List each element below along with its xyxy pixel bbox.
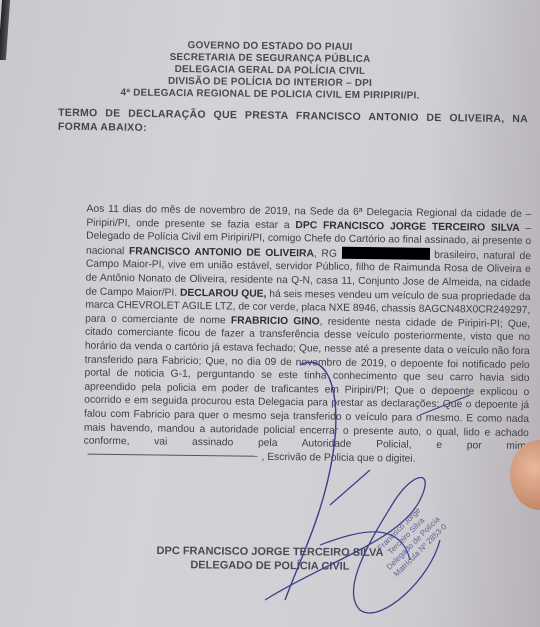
declarou-que: DECLAROU QUE, (180, 287, 267, 299)
body-text: , residente nesta cidade de Piripiri-PI;… (84, 316, 531, 452)
declaration-paragraph: Aos 11 dias do mês de novembro de 2019, … (28, 202, 531, 467)
redacted-rg (341, 247, 429, 260)
declarant-name: FRANCISCO ANTONIO DE OLIVEIRA (129, 246, 314, 259)
buyer-name: FRABRICIO GINO (231, 315, 320, 327)
scrivener-signature-line (88, 454, 258, 457)
body-text: , RG (314, 248, 342, 259)
body-text: , Escrivão de Policia que o digitei. (261, 451, 415, 464)
document-title: TERMO DE DECLARAÇÃO QUE PRESTA FRANCISCO… (58, 106, 528, 141)
document-header: GOVERNO DO ESTADO DO PIAUI SECRETARIA DE… (0, 41, 540, 101)
declaration-body: Aos 11 dias do mês de novembro de 2019, … (28, 202, 531, 467)
delegate-name: DPC FRANCISCO JORGE TERCEIRO SILVA (295, 220, 519, 234)
signature-block: DPC FRANCISCO JORGE TERCEIRO SILVA DELEG… (0, 543, 540, 576)
